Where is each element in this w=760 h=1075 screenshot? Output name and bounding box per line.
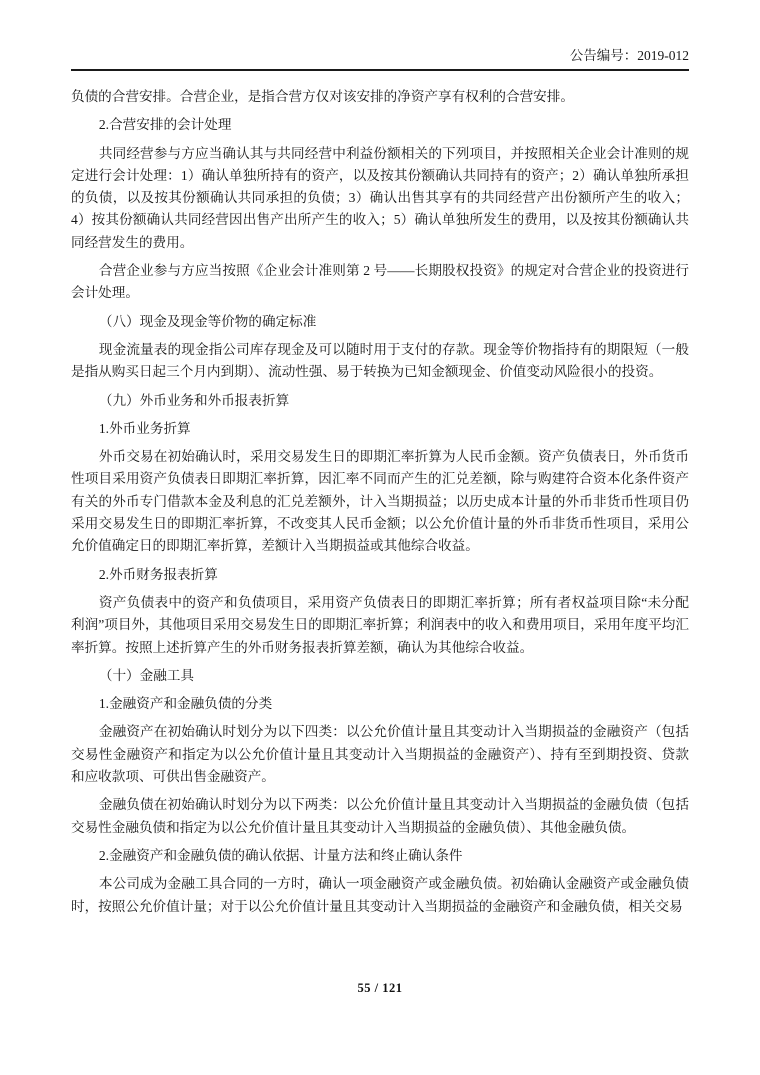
section-heading: 1.金融资产和金融负债的分类: [71, 693, 689, 715]
section-heading: （九）外币业务和外币报表折算: [71, 390, 689, 412]
section-heading: 2.合营安排的会计处理: [71, 114, 689, 136]
section-heading: 1.外币业务折算: [71, 418, 689, 440]
page-footer: 55 / 121: [0, 981, 760, 996]
section-heading: （八）现金及现金等价物的确定标准: [71, 311, 689, 333]
body-paragraph: 共同经营参与方应当确认其与共同经营中利益份额相关的下列项目，并按照相关企业会计准…: [71, 143, 689, 254]
body-paragraph: 资产负债表中的资产和负债项目，采用资产负债表日的即期汇率折算；所有者权益项目除“…: [71, 592, 689, 659]
body-paragraph: 本公司成为金融工具合同的一方时，确认一项金融资产或金融负债。初始确认金融资产或金…: [71, 873, 689, 918]
section-heading: 2.金融资产和金融负债的确认依据、计量方法和终止确认条件: [71, 845, 689, 867]
body-paragraph: 负债的合营安排。合营企业，是指合营方仅对该安排的净资产享有权利的合营安排。: [71, 86, 689, 108]
body-paragraph: 现金流量表的现金指公司库存现金及可以随时用于支付的存款。现金等价物指持有的期限短…: [71, 339, 689, 384]
section-heading: （十）金融工具: [71, 665, 689, 687]
page-number: 55 / 121: [358, 981, 403, 995]
body-paragraph: 合营企业参与方应当按照《企业会计准则第 2 号——长期股权投资》的规定对合营企业…: [71, 260, 689, 305]
header-divider: [71, 69, 689, 71]
page-header: 公告编号：2019-012: [71, 0, 689, 64]
announcement-number: 公告编号：2019-012: [570, 48, 689, 63]
body-paragraph: 金融资产在初始确认时划分为以下四类：以公允价值计量且其变动计入当期损益的金融资产…: [71, 721, 689, 788]
body-paragraph: 外币交易在初始确认时，采用交易发生日的即期汇率折算为人民币金额。资产负债表日，外…: [71, 446, 689, 557]
document-body: 负债的合营安排。合营企业，是指合营方仅对该安排的净资产享有权利的合营安排。2.合…: [71, 86, 689, 918]
section-heading: 2.外币财务报表折算: [71, 564, 689, 586]
document-page: 公告编号：2019-012 负债的合营安排。合营企业，是指合营方仅对该安排的净资…: [0, 0, 760, 1075]
body-paragraph: 金融负债在初始确认时划分为以下两类：以公允价值计量且其变动计入当期损益的金融负债…: [71, 794, 689, 839]
